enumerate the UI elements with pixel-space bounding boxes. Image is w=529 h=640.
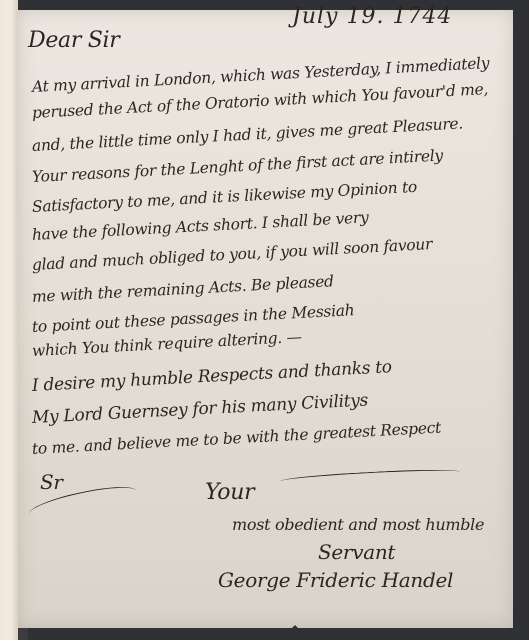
closing-your: Your [205,480,254,505]
letter-date: July 19. 1744 [292,4,452,29]
adjacent-page-edge [0,0,18,640]
frame-notch [290,625,300,630]
closing-obedient: most obedient and most humble [232,515,484,534]
signature: George Frideric Handel [218,568,453,592]
bottom-frame-border [28,628,529,640]
letter-salutation: Dear Sir [28,28,120,53]
closing-servant: Servant [318,540,395,564]
closing-sir: Sr [40,470,63,494]
right-frame-border [513,0,529,640]
